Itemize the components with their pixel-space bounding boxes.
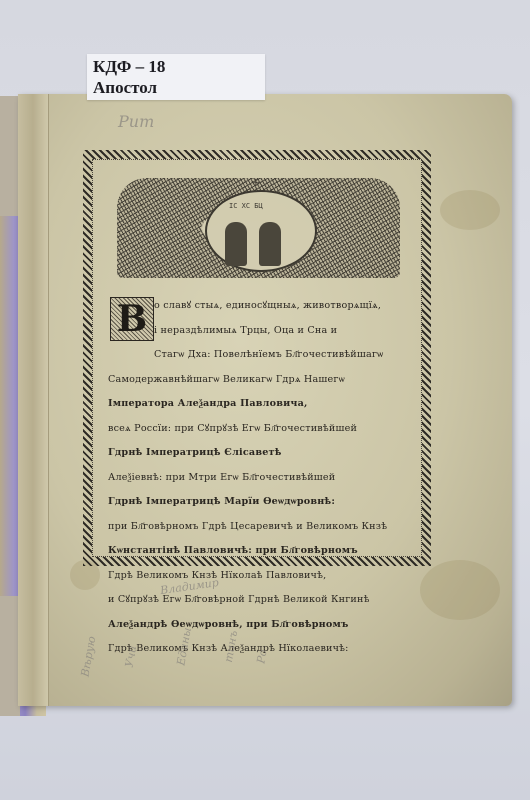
water-stain — [440, 190, 500, 230]
catalog-number: КДФ – 18 — [93, 56, 259, 77]
figure-left — [225, 222, 247, 266]
woodcut-headpiece: ☩ ІС ХС БЦ — [117, 178, 400, 278]
text-line: Гдрнѣ Імператрицѣ Єлісаветѣ — [108, 441, 418, 466]
text-line: Імператора Алеѯандра Павловича, — [108, 392, 418, 417]
text-line: Стагѡ Дха: Повелѣнїемъ Бл҃гочестивѣйшагѡ — [108, 343, 418, 368]
text-line: о славꙋ стыѧ, единосꙋщныѧ, животворѧщїѧ, — [108, 294, 418, 319]
catalog-label-card: КДФ – 18 Апостол — [87, 54, 265, 100]
text-line: Алеѯіевнѣ: при Мтри Егѡ Бл҃гочестивѣйшей — [108, 466, 418, 491]
cover-fray-top — [0, 96, 20, 216]
pencil-note-top: Рит — [118, 112, 154, 131]
text-line: Гдрѣ Великомъ Кнзѣ Нїколаѣ Павловичѣ, — [108, 564, 418, 589]
text-line: Самодержавнѣйшагѡ Великагѡ Гдрѧ Нашегѡ — [108, 368, 418, 393]
water-stain — [420, 560, 500, 620]
text-line: всеѧ Россїи: при Сꙋпрꙋзѣ Егѡ Бл҃гочестив… — [108, 417, 418, 442]
figure-right — [259, 222, 281, 266]
medallion-inscription: ІС ХС БЦ — [229, 202, 263, 210]
text-line: Алеѯандрѣ Ѳеѡдѡровнѣ, при Бл҃говѣрномъ — [108, 613, 418, 638]
text-line: и Сꙋпрꙋзѣ Егѡ Бл҃говѣрной Гдрнѣ Великой … — [108, 588, 418, 613]
text-line: Гдрнѣ Імператрицѣ Марїи Ѳеѡдѡровнѣ: — [108, 490, 418, 515]
cross-icon: ☩ — [251, 178, 260, 189]
page-gutter — [18, 94, 49, 706]
text-line: Кѡнстантінѣ Павловичѣ: при Бл҃говѣрномъ — [108, 539, 418, 564]
text-line: при Бл҃говѣрномъ Гдрѣ Цесаревичѣ и Велик… — [108, 515, 418, 540]
cover-fray-bottom — [0, 596, 20, 716]
dedication-text: о славꙋ стыѧ, единосꙋщныѧ, животворѧщїѧ,… — [108, 294, 418, 662]
text-line: і нераздѣлимыѧ Трцы, Оца и Сна и — [108, 319, 418, 344]
pencil-note: Ро — [254, 648, 269, 664]
catalog-title: Апостол — [93, 77, 259, 98]
